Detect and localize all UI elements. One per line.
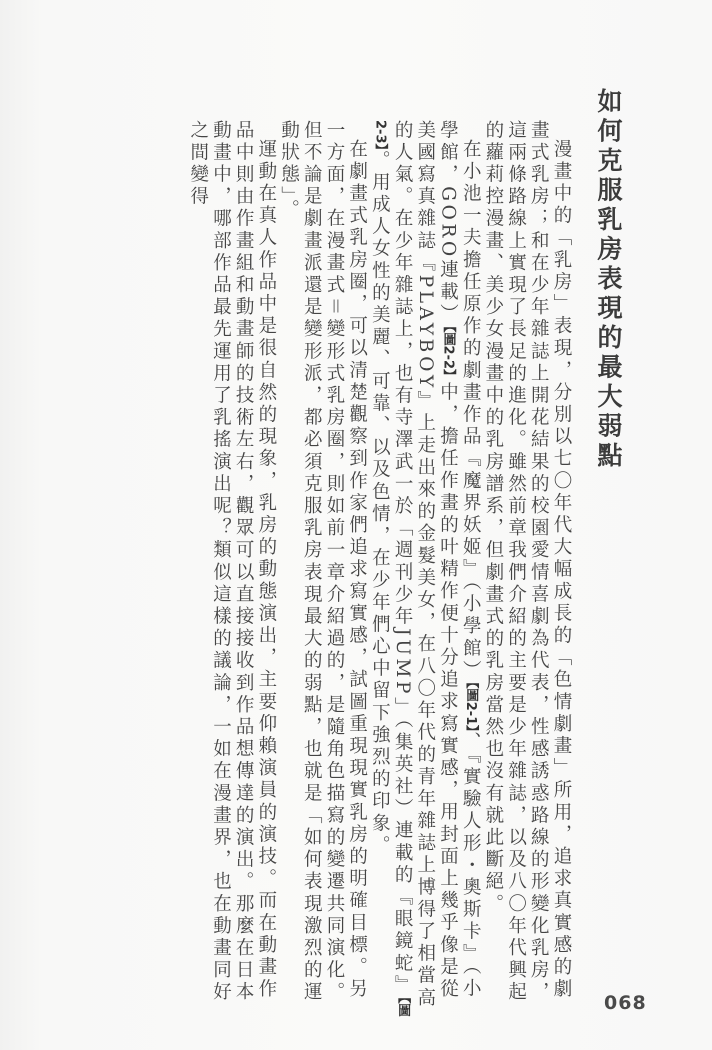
section-title: 如何克服乳房表現的最大弱點 xyxy=(592,88,624,472)
book-page: 如何克服乳房表現的最大弱點 漫畫中的「乳房」表現，分別以七〇年代大幅成長的「色情… xyxy=(0,0,712,1050)
page-number: 068 xyxy=(604,992,647,1014)
paragraph-2-part-d: 。用成人女性的美麗、可靠、以及色情，在少年們心中留下強烈的印象。 xyxy=(369,150,390,857)
paragraph-2-part-a: 在小池一夫擔任原作的劇畫作品『魔界妖姬』（小學館） xyxy=(460,139,481,682)
paragraph-2: 在小池一夫擔任原作的劇畫作品『魔界妖姬』（小學館）【圖2-1】、『實驗人形・奧斯… xyxy=(368,120,482,1020)
figure-ref-2-1: 【圖2-1】 xyxy=(463,682,478,732)
figure-ref-2-2: 【圖2-2】 xyxy=(440,326,455,382)
body-text: 漫畫中的「乳房」表現，分別以七〇年代大幅成長的「色情劇畫」所用，追求真實感的劇畫… xyxy=(186,120,572,1020)
paragraph-3: 在劇畫式乳房圈，可以清楚觀察到作家們追求寫實感，試圖重現現實乳房的明確目標。另一… xyxy=(277,120,368,1020)
paragraph-4: 運動在真人作品中是很自然的現象，乳房的動態演出，主要仰賴演員的演技。而在動畫作品… xyxy=(186,120,277,1020)
paragraph-1: 漫畫中的「乳房」表現，分別以七〇年代大幅成長的「色情劇畫」所用，追求真實感的劇畫… xyxy=(481,120,572,1020)
